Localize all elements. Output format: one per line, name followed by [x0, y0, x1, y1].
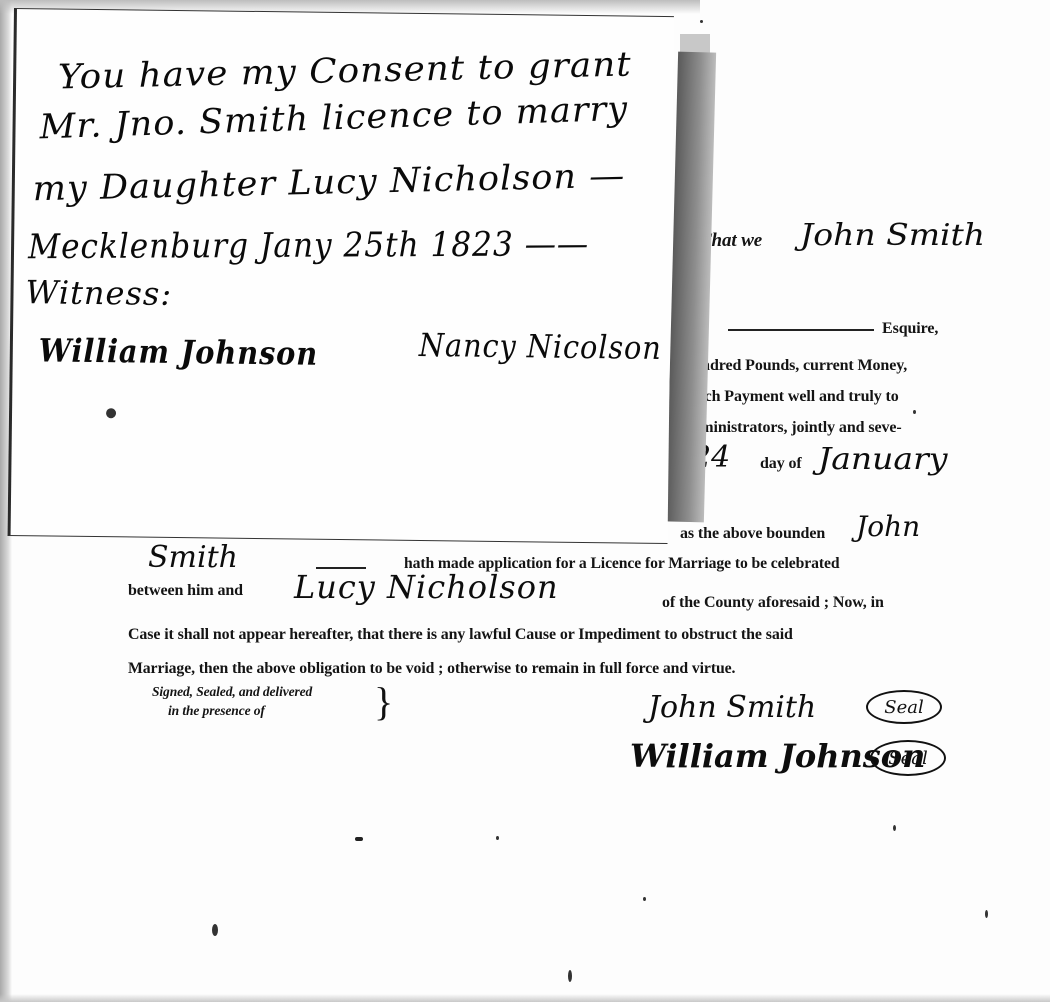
bounden-name-2: Smith	[148, 540, 238, 575]
speck	[568, 970, 572, 982]
signer-signature: Nancy Nicolson	[419, 326, 662, 367]
signed-label-1: Signed, Sealed, and delivered	[152, 684, 312, 700]
payment-line: which Payment well and truly to	[680, 388, 899, 406]
speck	[355, 837, 363, 841]
speck	[985, 910, 988, 918]
marriage-line: Marriage, then the above obligation to b…	[128, 660, 735, 678]
bounden-name-1: John	[856, 510, 920, 543]
date-mid: day of	[760, 455, 802, 473]
hundred-pounds-line: Hundred Pounds, current Money,	[680, 357, 907, 375]
speck	[893, 825, 896, 831]
note-line-3: my Daughter Lucy Nicholson —	[32, 156, 625, 209]
note-line-2: Mr. Jno. Smith licence to marry	[39, 89, 629, 147]
speck	[496, 836, 499, 840]
administrators-line: Administrators, jointly and seve-	[680, 419, 902, 437]
speck	[913, 410, 916, 414]
signature-john-smith: John Smith	[648, 690, 816, 725]
witness-label: Witness:	[25, 273, 172, 313]
condition-mid: as the above bounden	[680, 525, 825, 543]
date-month: January	[818, 442, 948, 477]
speck	[700, 20, 703, 23]
between-prefix: between him and	[128, 582, 243, 600]
ink-blot	[106, 408, 116, 418]
speck	[643, 897, 646, 901]
seal-1: Seal	[866, 690, 942, 724]
signed-label-2: in the presence of	[168, 703, 265, 719]
bride-name: Lucy Nicholson	[294, 568, 559, 606]
note-line-1: You have my Consent to grant	[58, 45, 632, 98]
speck	[212, 924, 218, 936]
blank-line	[728, 329, 874, 331]
case-line: Case it shall not appear hereafter, that…	[128, 626, 793, 644]
scan-bottom-shadow	[0, 994, 1050, 1002]
witness-signature: William Johnson	[39, 331, 319, 372]
note-line-4: Mecklenburg Jany 25th 1823 ——	[28, 224, 589, 267]
consent-note: You have my Consent to grant Mr. Jno. Sm…	[8, 8, 674, 544]
that-we-name: John Smith	[800, 218, 985, 253]
between-suffix: of the County aforesaid ; Now, in	[662, 594, 884, 612]
esquire-label: Esquire,	[882, 320, 938, 338]
seal-2-text: Seal	[888, 748, 927, 769]
seal-1-text: Seal	[884, 697, 923, 718]
brace: }	[374, 678, 393, 725]
document-scan: That we John Smith Esquire, Hundred Poun…	[0, 0, 1050, 1002]
seal-2: Seal	[870, 740, 946, 776]
